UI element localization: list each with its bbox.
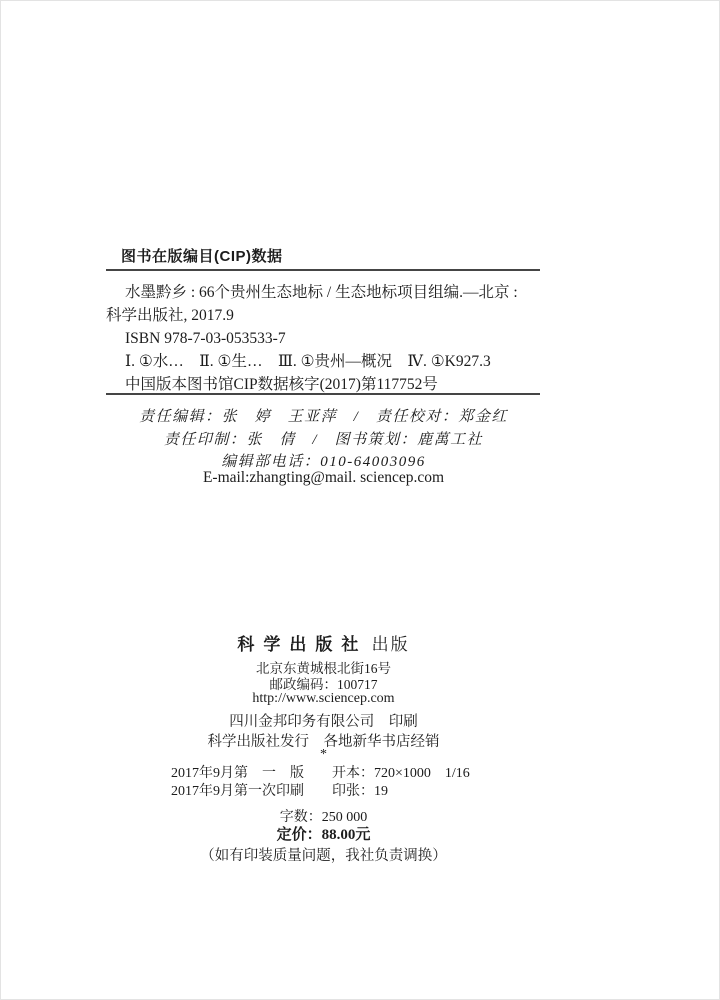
cip-publisher-line: 科学出版社, 2017.9 bbox=[106, 304, 556, 327]
edition-block: 2017年9月第 一 版 开本：720×1000 1/16 2017年9月第一次… bbox=[171, 765, 470, 800]
quality-notice: （如有印装质量问题，我社负责调换） bbox=[106, 844, 541, 865]
cip-header: 图书在版编目(CIP)数据 bbox=[121, 245, 283, 266]
divider-top bbox=[106, 269, 540, 271]
staff-phone: 编辑部电话：010-64003096 bbox=[106, 450, 541, 471]
printer-line: 四川金邦印务有限公司 印刷 bbox=[106, 710, 541, 731]
press-logo: 科学出版社 bbox=[237, 635, 367, 654]
cip-block: 水墨黔乡 : 66个贵州生态地标 / 生态地标项目组编.—北京 : 科学出版社,… bbox=[106, 281, 556, 396]
cip-classification: Ⅰ. ①水… Ⅱ. ①生… Ⅲ. ①贵州—概况 Ⅳ. ①K927.3 bbox=[106, 350, 556, 373]
divider-bottom bbox=[106, 393, 540, 395]
staff-editors: 责任编辑：张 婷 王亚萍 / 责任校对：郑金红 bbox=[106, 405, 541, 426]
press-line: 科学出版社 出版 bbox=[106, 630, 541, 655]
press-postcode: 邮政编码：100717 bbox=[106, 673, 541, 693]
price: 定价：88.00元 bbox=[106, 823, 541, 844]
copyright-page: 图书在版编目(CIP)数据 水墨黔乡 : 66个贵州生态地标 / 生态地标项目组… bbox=[0, 0, 720, 1000]
edition-line2: 2017年9月第一次印刷 印张：19 bbox=[171, 783, 470, 801]
press-website: http://www.sciencep.com bbox=[106, 691, 541, 707]
edition-line1: 2017年9月第 一 版 开本：720×1000 1/16 bbox=[171, 765, 470, 783]
separator-star: * bbox=[106, 747, 541, 763]
press-suffix: 出版 bbox=[372, 635, 410, 654]
cip-title-line: 水墨黔乡 : 66个贵州生态地标 / 生态地标项目组编.—北京 : bbox=[106, 281, 556, 304]
staff-printing: 责任印制：张 倩 / 图书策划：鹿萬工社 bbox=[106, 428, 541, 449]
cip-isbn: ISBN 978-7-03-053533-7 bbox=[106, 327, 556, 350]
staff-email: E-mail:zhangting@mail. sciencep.com bbox=[106, 469, 541, 487]
